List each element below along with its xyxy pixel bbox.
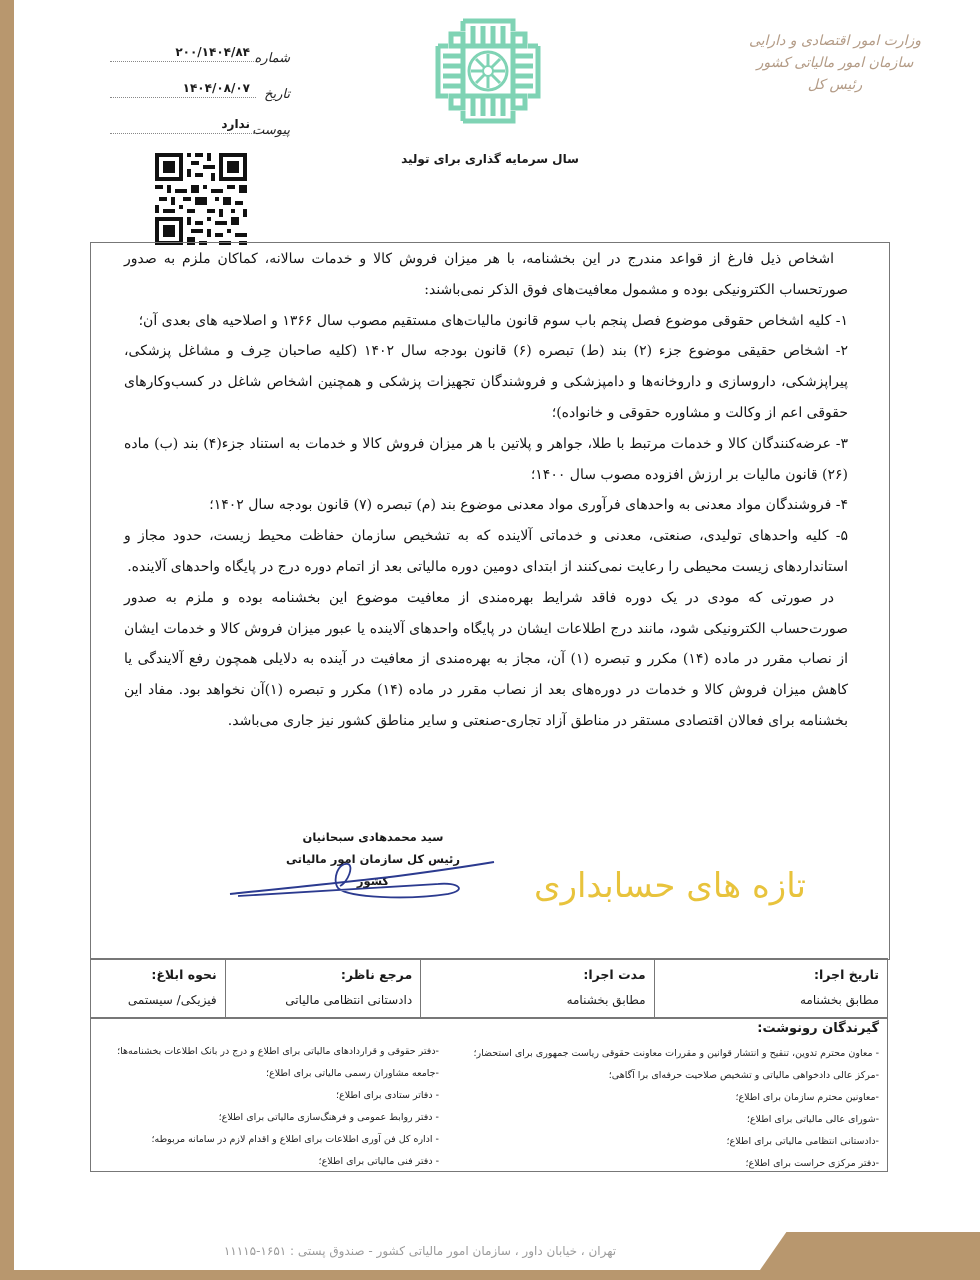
tax-organization-logo-icon: [433, 16, 543, 126]
office-line: رئیس کل: [720, 74, 950, 96]
notification-method-label: نحوه ابلاغ:: [99, 963, 217, 987]
footer-address: تهران ، خیابان داور ، سازمان امور مالیات…: [150, 1244, 690, 1258]
page-frame-left: [0, 0, 14, 1280]
cc-item: -معاونین محترم سازمان برای اطلاع؛: [489, 1087, 879, 1109]
letter-meta: شماره ۲۰۰/۱۴۰۴/۸۴ تاریخ ۱۴۰۴/۰۸/۰۷ پیوست…: [110, 30, 290, 138]
footer-decoration: [760, 1232, 980, 1270]
signer-name: سید محمدهادی سبحانیان: [268, 826, 478, 848]
circular-body-text: اشخاص ذیل فارغ از قواعد مندرج در این بخش…: [124, 244, 848, 737]
exclusion-item-2: ۲- اشخاص حقیقی موضوع جزء (۲) بند (ط) تبص…: [124, 336, 848, 428]
letter-date-value: ۱۴۰۴/۰۸/۰۷: [110, 81, 256, 98]
cc-item: - دفتر روابط عمومی و فرهنگ‌سازی مالیاتی …: [89, 1107, 439, 1129]
execution-duration-label: مدت اجرا:: [429, 963, 645, 987]
exclusion-item-4: ۴- فروشندگان مواد معدنی به واحدهای فرآور…: [124, 490, 848, 521]
cc-item: -جامعه مشاوران رسمی مالیاتی برای اطلاع؛: [89, 1063, 439, 1085]
attachment-value: ندارد: [110, 117, 256, 134]
supervisory-authority-cell: مرجع ناظر: دادستانی انتظامی مالیاتی: [225, 959, 421, 1017]
organization-line: سازمان امور مالیاتی کشور: [720, 52, 950, 74]
letter-number-row: شماره ۲۰۰/۱۴۰۴/۸۴: [110, 30, 290, 66]
attachment-label: پیوست: [256, 123, 290, 138]
letter-number-label: شماره: [256, 51, 290, 66]
ministry-header: وزارت امور اقتصادی و دارایی سازمان امور …: [720, 30, 950, 96]
execution-date-value: مطابق بخشنامه: [663, 987, 879, 1013]
execution-info-table: تاریخ اجرا: مطابق بخشنامه مدت اجرا: مطاب…: [90, 958, 888, 1018]
cc-item: - معاون محترم تدوین، تنقیح و انتشار قوان…: [489, 1043, 879, 1065]
cc-item: -دادستانی انتظامی مالیاتی برای اطلاع؛: [489, 1131, 879, 1153]
letter-date-label: تاریخ: [256, 87, 290, 102]
execution-duration-value: مطابق بخشنامه: [429, 987, 645, 1013]
execution-date-cell: تاریخ اجرا: مطابق بخشنامه: [654, 959, 887, 1017]
cc-recipients-box: گیرندگان رونوشت: - معاون محترم تدوین، تن…: [90, 1018, 888, 1172]
execution-duration-cell: مدت اجرا: مطابق بخشنامه: [420, 959, 653, 1017]
page-frame-bottom: [0, 1270, 980, 1280]
supervisory-authority-value: دادستانی انتظامی مالیاتی: [234, 987, 413, 1013]
exclusion-item-5: ۵- کلیه واحدهای تولیدی، صنعتی، معدنی و خ…: [124, 521, 848, 583]
cc-item: -دفتر حقوقی و قراردادهای مالیاتی برای اط…: [89, 1041, 439, 1063]
attachment-row: پیوست ندارد: [110, 102, 290, 138]
ministry-line: وزارت امور اقتصادی و دارایی: [720, 30, 950, 52]
handwritten-signature-icon: [228, 852, 498, 902]
qr-code-icon: [155, 152, 247, 246]
watermark-text: تازه های حسابداری: [520, 866, 820, 906]
letter-date-row: تاریخ ۱۴۰۴/۰۸/۰۷: [110, 66, 290, 102]
cc-item: -شورای عالی مالیاتی برای اطلاع؛: [489, 1109, 879, 1131]
letter-number-value: ۲۰۰/۱۴۰۴/۸۴: [110, 45, 256, 62]
intro-paragraph: اشخاص ذیل فارغ از قواعد مندرج در این بخش…: [124, 244, 848, 306]
exclusion-item-3: ۳- عرضه‌کنندگان کالا و خدمات مرتبط با طل…: [124, 429, 848, 491]
supervisory-authority-label: مرجع ناظر:: [234, 963, 413, 987]
notification-method-cell: نحوه ابلاغ: فیزیکی/ سیستمی: [91, 959, 225, 1017]
cc-item: - اداره کل فن آوری اطلاعات برای اطلاع و …: [89, 1129, 439, 1151]
execution-date-label: تاریخ اجرا:: [663, 963, 879, 987]
cc-item: -دفتر مرکزی حراست برای اطلاع؛: [489, 1153, 879, 1175]
closing-paragraph: در صورتی که مودی در یک دوره فاقد شرایط ب…: [124, 583, 848, 737]
cc-item: - دفاتر ستادی برای اطلاع؛: [89, 1085, 439, 1107]
cc-item: - دفتر فنی مالیاتی برای اطلاع؛: [89, 1151, 439, 1173]
cc-list-left: -دفتر حقوقی و قراردادهای مالیاتی برای اط…: [89, 1041, 439, 1173]
notification-method-value: فیزیکی/ سیستمی: [99, 987, 217, 1013]
exclusion-item-1: ۱- کلیه اشخاص حقوقی موضوع فصل پنجم باب س…: [124, 306, 848, 337]
cc-list-right: - معاون محترم تدوین، تنقیح و انتشار قوان…: [489, 1043, 879, 1175]
cc-title: گیرندگان رونوشت:: [757, 1021, 879, 1036]
year-slogan: سال سرمایه گذاری برای تولید: [380, 152, 600, 166]
cc-item: -مرکز عالی دادخواهی مالیاتی و تشخیص صلاح…: [489, 1065, 879, 1087]
